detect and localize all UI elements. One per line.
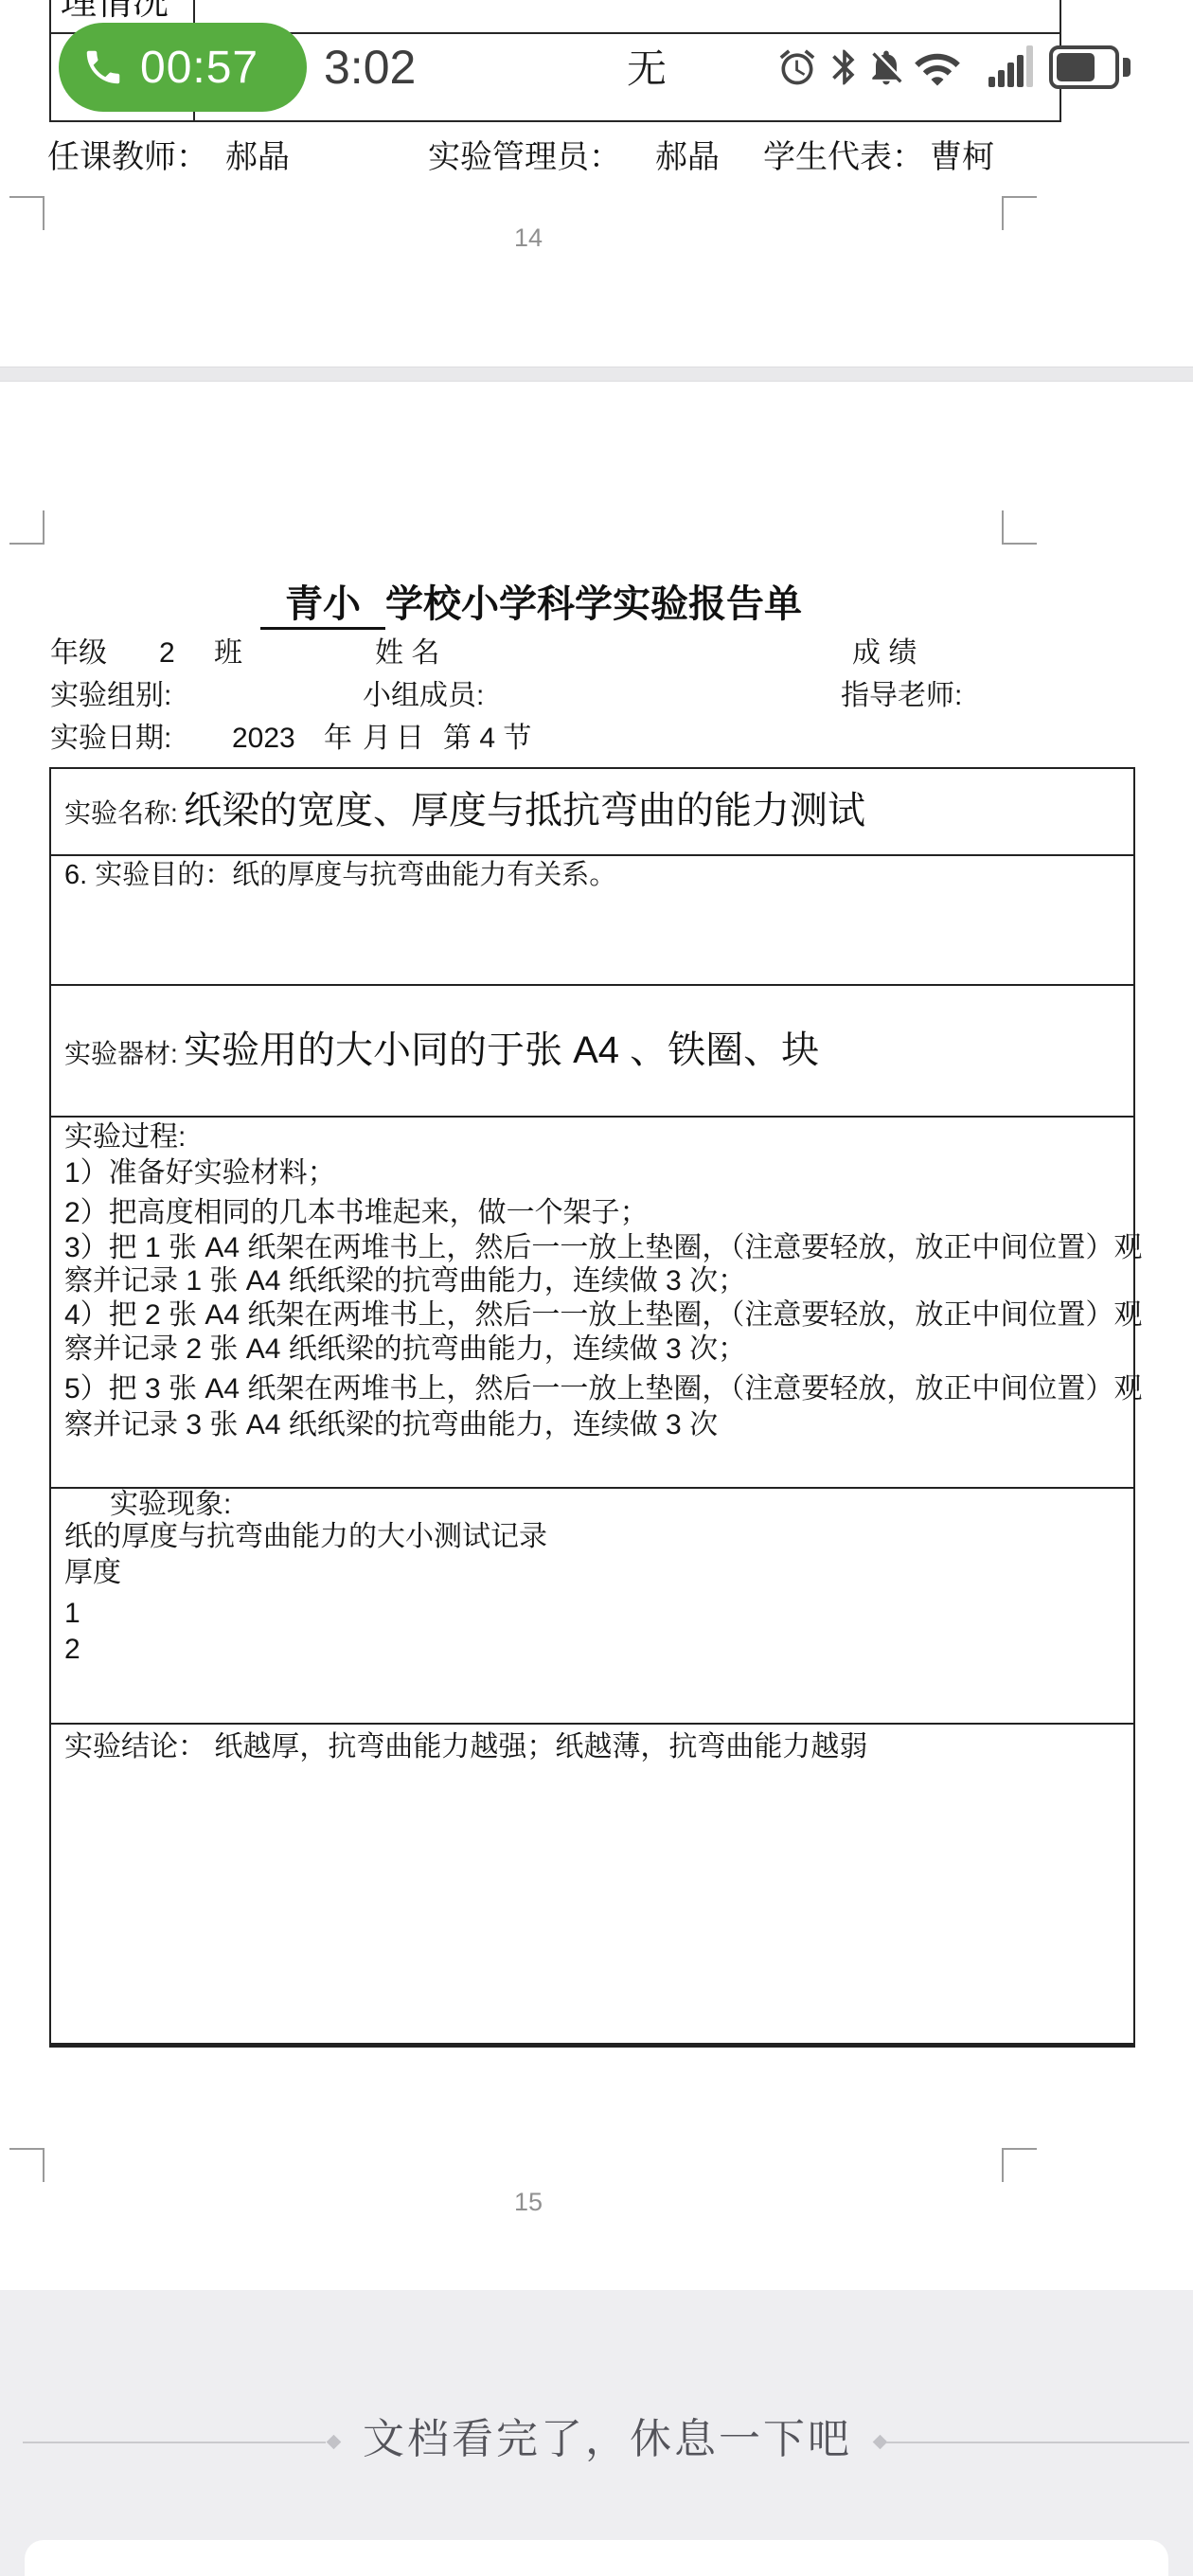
process-line: 实验过程:: [64, 1123, 186, 1152]
members-label: 小组成员:: [363, 682, 484, 710]
materials-value: 实验用的大小同的于张 A4 、铁圈、块: [184, 1031, 819, 1069]
date-year: 2023: [232, 724, 295, 753]
conclusion-line: 实验结论： 纸越厚，抗弯曲能力越强；纸越薄，抗弯曲能力越弱: [64, 1733, 867, 1762]
margin-mark: [43, 510, 45, 545]
student-rep-label: 学生代表：: [763, 141, 924, 173]
end-of-document-message: 文档看完了，休息一下吧: [363, 2419, 852, 2460]
school-name-underlined: 青小: [260, 585, 385, 630]
score-label: 成 绩: [852, 639, 917, 668]
session-label: 第 4 节: [443, 724, 531, 753]
row-divider: [51, 1723, 1133, 1725]
grade-value: 2: [159, 639, 175, 668]
admin-name: 郝晶: [655, 141, 720, 173]
margin-mark: [1002, 196, 1004, 230]
teacher-name: 郝晶: [225, 141, 290, 173]
page-gap: [0, 367, 1193, 382]
battery-icon: [1049, 45, 1119, 89]
margin-mark: [1002, 510, 1004, 545]
experiment-purpose: 6. 实验目的：纸的厚度与抗弯曲能力有关系。: [64, 862, 616, 889]
ongoing-call-pill[interactable]: 00:57: [59, 23, 307, 112]
phenomenon-line: 纸的厚度与抗弯曲能力的大小测试记录: [64, 1523, 547, 1551]
admin-label: 实验管理员：: [428, 141, 621, 173]
phone-icon: [81, 45, 125, 89]
margin-mark: [9, 196, 45, 198]
document-viewer-screen[interactable]: 理情况 任课教师： 郝晶 实验管理员： 郝晶 学生代表： 曹柯 14 00:57…: [0, 0, 1193, 2576]
day-unit: 日: [396, 724, 424, 753]
class-label: 班: [214, 639, 242, 668]
call-duration: 00:57: [140, 42, 258, 94]
margin-mark: [9, 543, 45, 545]
advisor-label: 指导老师:: [841, 682, 962, 710]
process-line: 察并记录 2 张 A4 纸纸梁的抗弯曲能力，连续做 3 次；: [64, 1335, 746, 1364]
date-label: 实验日期:: [50, 724, 171, 753]
carrier-label: 无: [627, 49, 667, 89]
margin-mark: [1002, 196, 1037, 198]
student-rep-name: 曹柯: [930, 141, 994, 173]
process-line: 4）把 2 张 A4 纸架在两堆书上，然后一一放上垫圈，（注意要轻放，放正中间位…: [64, 1301, 1142, 1330]
margin-mark: [1002, 2148, 1004, 2182]
process-line: 察并记录 3 张 A4 纸纸梁的抗弯曲能力，连续做 3 次: [64, 1411, 718, 1440]
divider-line-right: [886, 2442, 1189, 2443]
experiment-name-label: 实验名称:: [64, 800, 178, 827]
phenomenon-line: 实验现象:: [110, 1491, 231, 1519]
process-line: 1）准备好实验材料；: [64, 1159, 336, 1188]
margin-mark: [9, 2148, 45, 2150]
margin-mark: [43, 196, 45, 230]
process-line: 5）把 3 张 A4 纸架在两堆书上，然后一一放上垫圈，（注意要轻放，放正中间位…: [64, 1375, 1142, 1404]
page-number-14: 14: [490, 225, 566, 251]
alarm-icon: [776, 46, 818, 88]
month-unit: 月: [363, 724, 391, 753]
process-line: 察并记录 1 张 A4 纸纸梁的抗弯曲能力，连续做 3 次；: [64, 1267, 746, 1296]
grade-label: 年级: [50, 639, 107, 668]
row-divider: [51, 1116, 1133, 1118]
page-number-15: 15: [490, 2190, 566, 2215]
report-table: 实验名称: 纸梁的宽度、厚度与抵抗弯曲的能力测试 6. 实验目的：纸的厚度与抗弯…: [49, 767, 1135, 2048]
report-title: 青小学校小学科学实验报告单: [260, 585, 802, 630]
margin-mark: [1002, 543, 1037, 545]
margin-mark: [1002, 2148, 1037, 2150]
group-label: 实验组别:: [50, 682, 171, 710]
row-divider: [51, 984, 1133, 986]
notifications-off-icon: [865, 46, 907, 88]
experiment-name-value: 纸梁的宽度、厚度与抵抗弯曲的能力测试: [184, 792, 865, 830]
divider-line-left: [23, 2442, 326, 2443]
phenomenon-line: 1: [64, 1600, 80, 1628]
bluetooth-icon: [824, 46, 865, 88]
phenomenon-line: 2: [64, 1636, 80, 1664]
table-border: [49, 120, 1061, 122]
margin-mark: [43, 2148, 45, 2182]
clock-time: 3:02: [324, 44, 416, 91]
battery-nub: [1123, 58, 1131, 77]
row-divider: [51, 854, 1133, 856]
wifi-icon: [913, 45, 962, 90]
process-line: 3）把 1 张 A4 纸架在两堆书上，然后一一放上垫圈，（注意要轻放，放正中间位…: [64, 1234, 1142, 1262]
clipped-cell-text: 理情况: [61, 0, 169, 21]
teacher-label: 任课教师：: [47, 141, 208, 173]
year-unit: 年: [324, 724, 352, 753]
name-label: 姓 名: [375, 639, 439, 668]
phenomenon-line: 厚度: [64, 1559, 121, 1587]
signal-bars-icon: [988, 45, 1038, 87]
materials-label: 实验器材:: [64, 1041, 178, 1067]
table-border: [49, 0, 51, 120]
process-line: 2）把高度相同的几本书堆起来，做一个架子；: [64, 1199, 649, 1227]
recommendation-card[interactable]: [25, 2540, 1168, 2576]
